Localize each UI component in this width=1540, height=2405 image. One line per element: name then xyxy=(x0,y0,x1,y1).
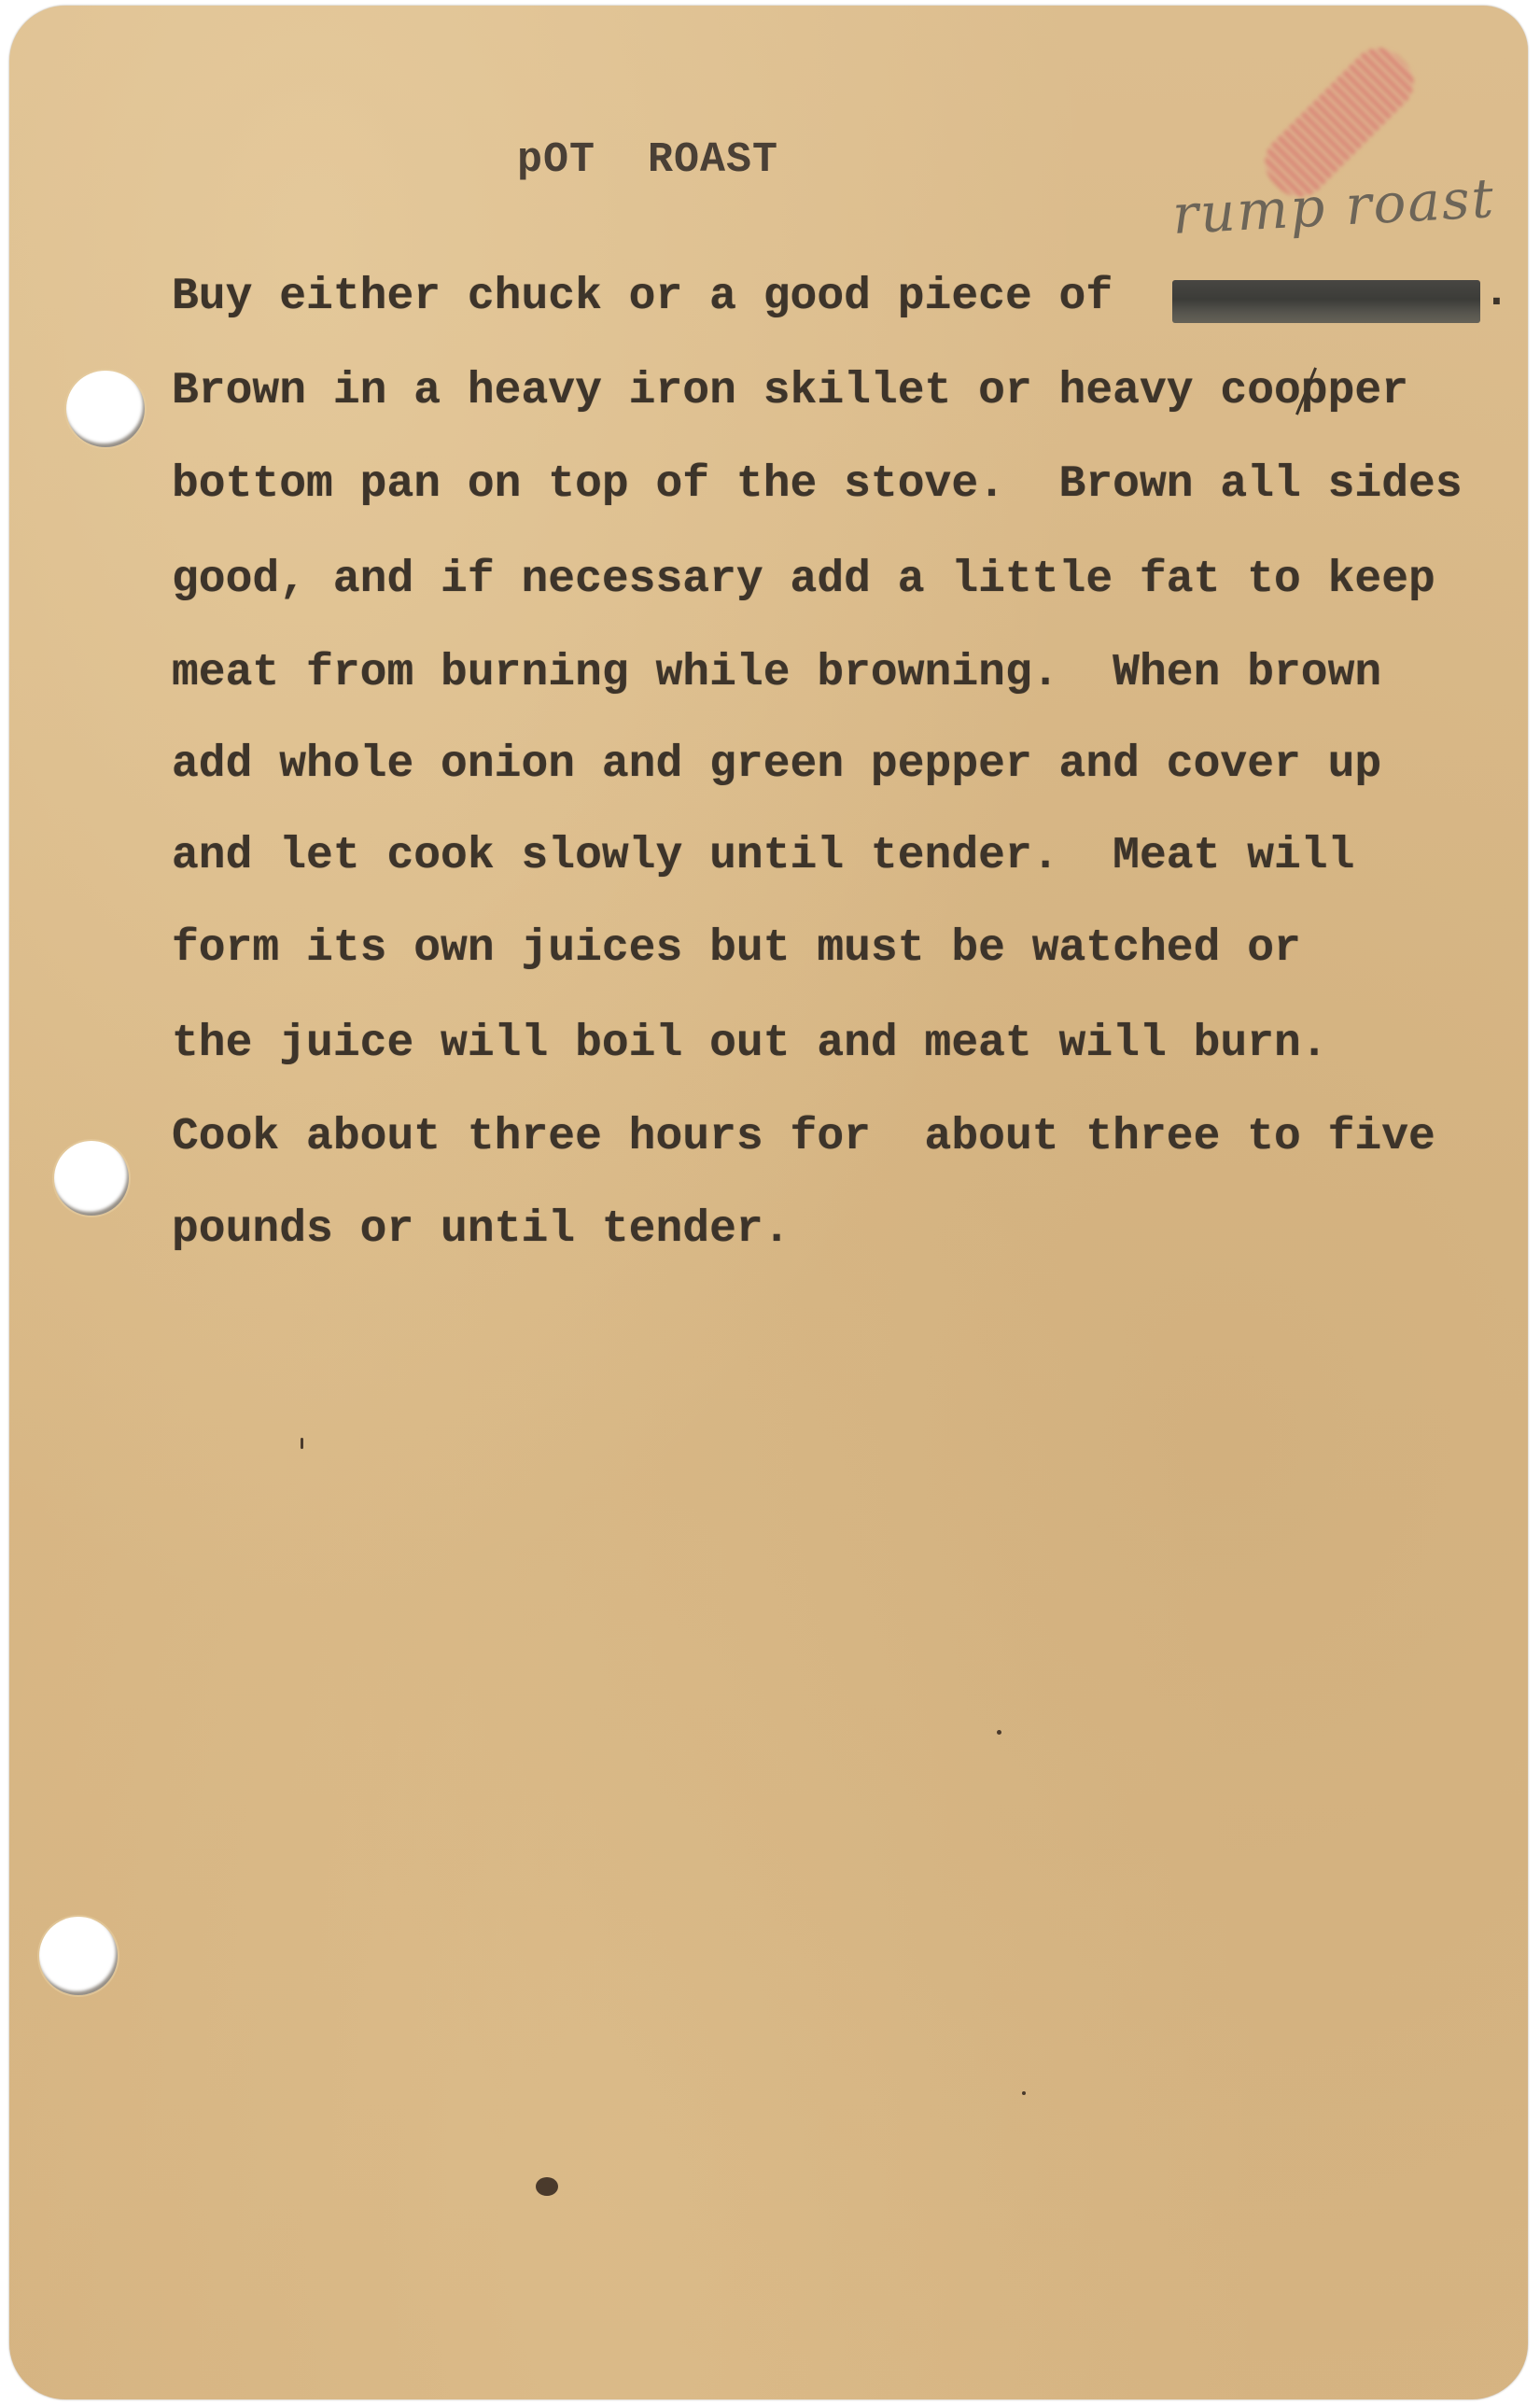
paper-speck xyxy=(1022,2091,1026,2095)
recipe-line-8: form its own juices but must be watched … xyxy=(172,926,1301,971)
punch-hole-middle xyxy=(54,1141,129,1216)
line-1-period: . xyxy=(1483,271,1510,316)
recipe-title: pOT ROAST xyxy=(517,136,778,184)
paper-speck xyxy=(301,1438,303,1449)
recipe-line-3: bottom pan on top of the stove. Brown al… xyxy=(172,462,1463,507)
recipe-card: pOT ROAST rump roast xyxy=(9,6,1528,2399)
recipe-line-6: add whole onion and green pepper and cov… xyxy=(172,742,1381,787)
recipe-line-1: Buy either chuck or a good piece of xyxy=(172,274,1140,319)
recipe-line-2: Brown in a heavy iron skillet or heavy c… xyxy=(172,369,1408,414)
recipe-line-7: and let cook slowly until tender. Meat w… xyxy=(172,834,1354,879)
recipe-line-9: the juice will boil out and meat will bu… xyxy=(172,1021,1328,1066)
punch-hole-bottom xyxy=(39,1917,118,1995)
recipe-line-10: Cook about three hours for about three t… xyxy=(172,1115,1435,1160)
recipe-line-5: meat from burning while browning. When b… xyxy=(172,651,1381,696)
punch-hole-top xyxy=(66,371,145,447)
ink-speck xyxy=(536,2177,558,2196)
handwritten-annotation: rump roast xyxy=(1170,166,1496,246)
recipe-line-11: pounds or until tender. xyxy=(172,1207,791,1252)
paper-speck xyxy=(997,1730,1001,1735)
recipe-line-4: good, and if necessary add a little fat … xyxy=(172,557,1435,602)
redacted-word xyxy=(1172,280,1480,323)
